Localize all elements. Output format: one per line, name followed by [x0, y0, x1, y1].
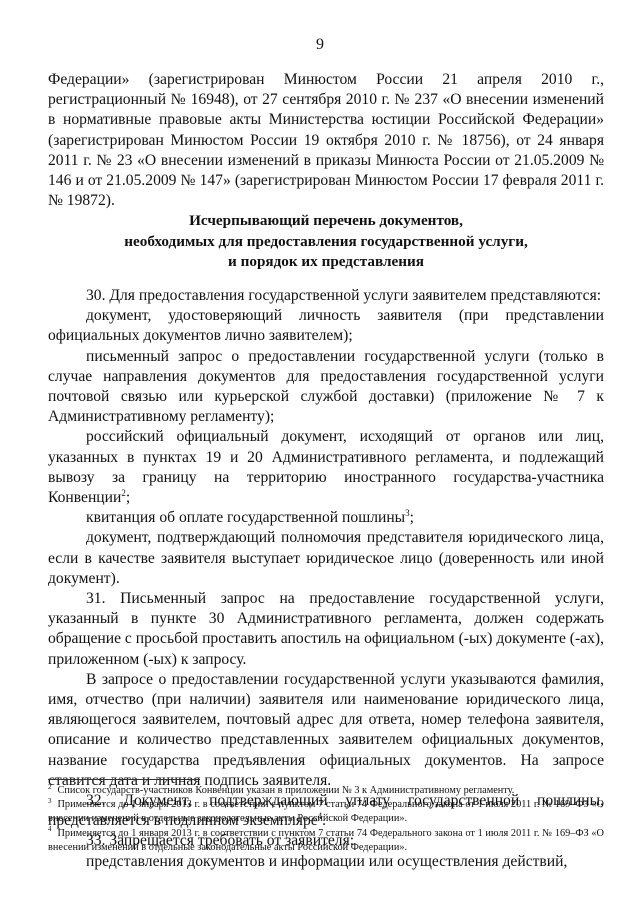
item-text: квитанция об оплате государственной пошл… [86, 509, 405, 526]
footnote-3: 3Применяется до 1 января 2013 г. в соотв… [48, 798, 604, 826]
section-heading: Исчерпывающий перечень документов, необх… [48, 211, 604, 273]
paragraph-30-item-fee-receipt: квитанция об оплате государственной пошл… [48, 508, 604, 528]
footnotes: 2Список государств-участников Конвенции … [48, 784, 604, 855]
paragraph-31-request-contents: В запросе о предоставлении государственн… [48, 670, 604, 791]
footnote-mark: 3 [48, 797, 52, 805]
footnote-text: Применяется до 1 января 2013 г. в соотве… [48, 828, 604, 853]
footnote-separator [48, 779, 200, 780]
footnote-text: Применяется до 1 января 2013 г. в соотве… [48, 799, 604, 824]
paragraph-31: 31. Письменный запрос на предоставление … [48, 589, 604, 670]
intro-continuation: Федерации» (зарегистрирован Минюстом Рос… [48, 70, 604, 211]
paragraph-30: 30. Для предоставления государственной у… [48, 286, 604, 306]
paragraph-30-item-authority-document: документ, подтверждающий полномочия пред… [48, 528, 604, 589]
footnote-2: 2Список государств-участников Конвенции … [48, 784, 604, 798]
footnote-text: Список государств-участников Конвенции у… [58, 785, 515, 796]
footnote-mark: 2 [48, 783, 52, 791]
heading-line-2: необходимых для предоставления государст… [48, 232, 604, 253]
paragraph-30-item-identity-document: документ, удостоверяющий личность заявит… [48, 306, 604, 346]
page-number: 9 [0, 36, 640, 54]
item-text: российский официальный документ, исходящ… [48, 428, 604, 506]
footnote-mark: 4 [48, 825, 52, 833]
heading-line-1: Исчерпывающий перечень документов, [48, 211, 604, 232]
item-end: ; [126, 489, 130, 506]
document-page: 9 Федерации» (зарегистрирован Минюстом Р… [0, 0, 640, 905]
footnote-4: 4Применяется до 1 января 2013 г. в соотв… [48, 827, 604, 855]
paragraph-30-item-written-request: письменный запрос о предоставлении госуд… [48, 347, 604, 428]
paragraph-30-item-official-document: российский официальный документ, исходящ… [48, 427, 604, 508]
heading-line-3: и порядок их представления [48, 252, 604, 273]
intro-paragraph: Федерации» (зарегистрирован Минюстом Рос… [48, 70, 604, 211]
item-end: ; [410, 509, 414, 526]
